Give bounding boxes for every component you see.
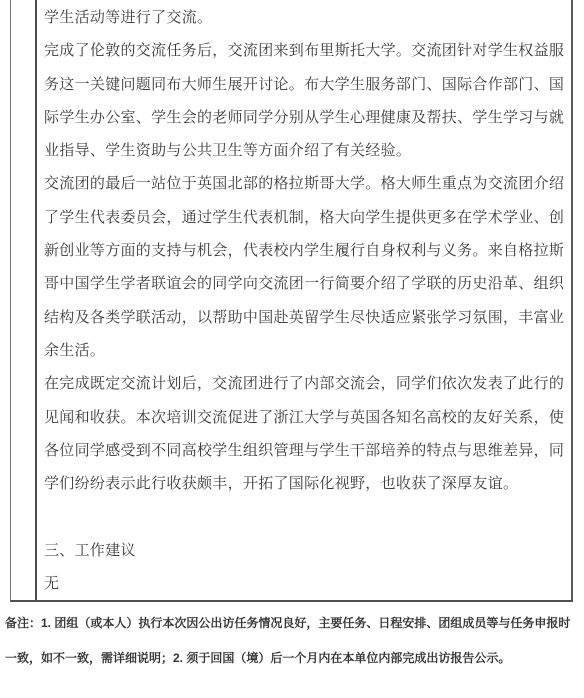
report-text-line: 务这一关键问题同布大师生展开讨论。布大学生服务部门、国际合作部门、国 — [44, 69, 567, 102]
report-text-line — [44, 501, 567, 534]
report-text-line: 新创业等方面的支持与机会，代表校内学生履行自身权利与义务。来自格拉斯 — [44, 235, 567, 268]
report-text-line: 无 — [44, 568, 567, 600]
footnote-line: 备注：1. 团组（或本人）执行本次因公出访任务情况良好，主要任务、日程安排、团组… — [5, 606, 583, 641]
report-table: 学生活动等进行了交流。完成了伦敦的交流任务后，交流团来到布里斯托大学。交流团针对… — [10, 0, 573, 602]
footnote: 备注：1. 团组（或本人）执行本次因公出访任务情况良好，主要任务、日程安排、团组… — [5, 606, 583, 676]
report-text-line: 结构及各类学联活动，以帮助中国赴英留学生尽快适应紧张学习氛围，丰富业 — [44, 302, 567, 335]
report-text-line: 业指导、学生资助与公共卫生等方面介绍了有关经验。 — [44, 135, 567, 168]
table-label-column — [11, 0, 37, 600]
footnote-line: 一致，如不一致，需详细说明；2. 须于回国（境）后一个月内在本单位内部完成出访报… — [5, 641, 583, 676]
report-text-line: 三、工作建议 — [44, 535, 567, 568]
report-text-line: 学生活动等进行了交流。 — [44, 2, 567, 35]
report-text-line: 见闻和收获。本次培训交流促进了浙江大学与英国各知名高校的友好关系，使 — [44, 402, 567, 435]
report-text-line: 际学生办公室、学生会的老师同学分别从学生心理健康及帮扶、学生学习与就 — [44, 102, 567, 135]
report-text-line: 哥中国学生学者联谊会的同学向交流团一行简要介绍了学联的历史沿革、组织 — [44, 268, 567, 301]
report-text-line: 交流团的最后一站位于英国北部的格拉斯哥大学。格大师生重点为交流团介绍 — [44, 168, 567, 201]
report-text-line: 余生活。 — [44, 335, 567, 368]
report-text-line: 在完成既定交流计划后，交流团进行了内部交流会，同学们依次发表了此行的 — [44, 368, 567, 401]
page: { "report_box": { "label_column": "", "c… — [0, 0, 584, 698]
report-content-cell: 学生活动等进行了交流。完成了伦敦的交流任务后，交流团来到布里斯托大学。交流团针对… — [37, 0, 571, 600]
report-text-line: 完成了伦敦的交流任务后，交流团来到布里斯托大学。交流团针对学生权益服 — [44, 35, 567, 68]
report-text-line: 学们纷纷表示此行收获颇丰，开拓了国际化视野，也收获了深厚友谊。 — [44, 468, 567, 501]
report-text-line: 了学生代表委员会，通过学生代表机制，格大向学生提供更多在学术学业、创 — [44, 202, 567, 235]
report-text-line: 各位同学感受到不同高校学生组织管理与学生干部培养的特点与思维差异，同 — [44, 435, 567, 468]
